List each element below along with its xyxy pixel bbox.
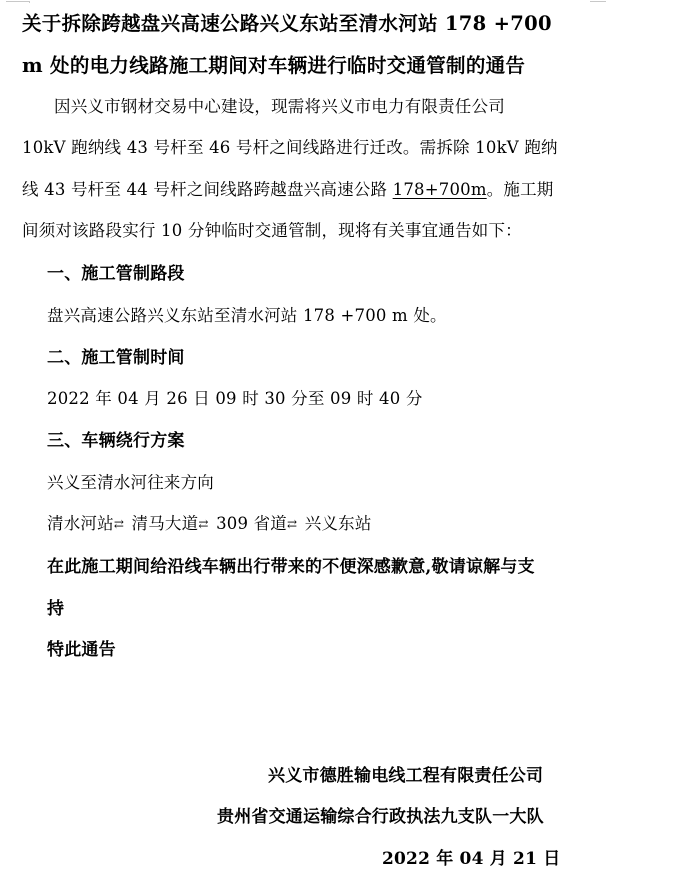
intro-line-2: 10kV 跑纳线 43 号杆至 46 号杆之间线路进行迁改。需拆除 10kV 跑… bbox=[22, 134, 558, 158]
route-stop: 兴义东站 bbox=[305, 514, 372, 533]
apology-line-1: 在此施工期间给沿线车辆出行带来的不便深感歉意,敬请谅解与支 bbox=[47, 552, 535, 577]
title-line-2: m 处的电力线路施工期间对车辆进行临时交通管制的通告 bbox=[22, 50, 525, 78]
page-corner-mark-left bbox=[6, 1, 30, 2]
closing-text: 特此通告 bbox=[47, 635, 116, 660]
intro-line-3-tail: 。施工期 bbox=[487, 180, 554, 199]
section-1-content: 盘兴高速公路兴义东站至清水河站 178 +700 m 处。 bbox=[47, 302, 447, 326]
two-way-arrow-icon: ⇄ bbox=[114, 517, 124, 531]
route-stop: 清水河站 bbox=[47, 514, 114, 533]
title-line-1: 关于拆除跨越盘兴高速公路兴义东站至清水河站 178 +700 bbox=[22, 8, 552, 36]
signature-org-2: 贵州省交通运输综合行政执法九支队一大队 bbox=[217, 802, 544, 827]
section-1-heading: 一、施工管制路段 bbox=[47, 259, 185, 284]
section-3-heading: 三、车辆绕行方案 bbox=[47, 426, 185, 451]
route-stop: 清马大道 bbox=[132, 514, 199, 533]
section-2-content: 2022 年 04 月 26 日 09 时 30 分至 09 时 40 分 bbox=[47, 385, 423, 409]
page-corner-mark-right bbox=[590, 1, 606, 2]
intro-line-4: 间须对该路段实行 10 分钟临时交通管制，现将有关事宜通告如下： bbox=[22, 217, 522, 241]
detour-route: 清水河站⇄ 清马大道⇄ 309 省道⇄ 兴义东站 bbox=[47, 510, 372, 534]
two-way-arrow-icon: ⇄ bbox=[287, 517, 297, 531]
signature-date: 2022 年 04 月 21 日 bbox=[382, 844, 560, 869]
intro-line-1: 因兴义市钢材交易中心建设，现需将兴义市电力有限责任公司 bbox=[54, 93, 505, 117]
intro-line-3: 线 43 号杆至 44 号杆之间线路跨越盘兴高速公路 178+700m。施工期 bbox=[22, 176, 554, 200]
route-stop: 309 省道 bbox=[216, 514, 287, 533]
two-way-arrow-icon: ⇄ bbox=[198, 517, 208, 531]
intro-line-3-text: 线 43 号杆至 44 号杆之间线路跨越盘兴高速公路 bbox=[22, 180, 393, 199]
apology-line-2: 持 bbox=[47, 594, 64, 619]
section-3-content: 兴义至清水河往来方向 bbox=[47, 469, 214, 493]
section-2-heading: 二、施工管制时间 bbox=[47, 343, 185, 368]
signature-org-1: 兴义市德胜输电线工程有限责任公司 bbox=[268, 761, 543, 786]
mileage-underlined: 178+700m bbox=[393, 180, 487, 199]
